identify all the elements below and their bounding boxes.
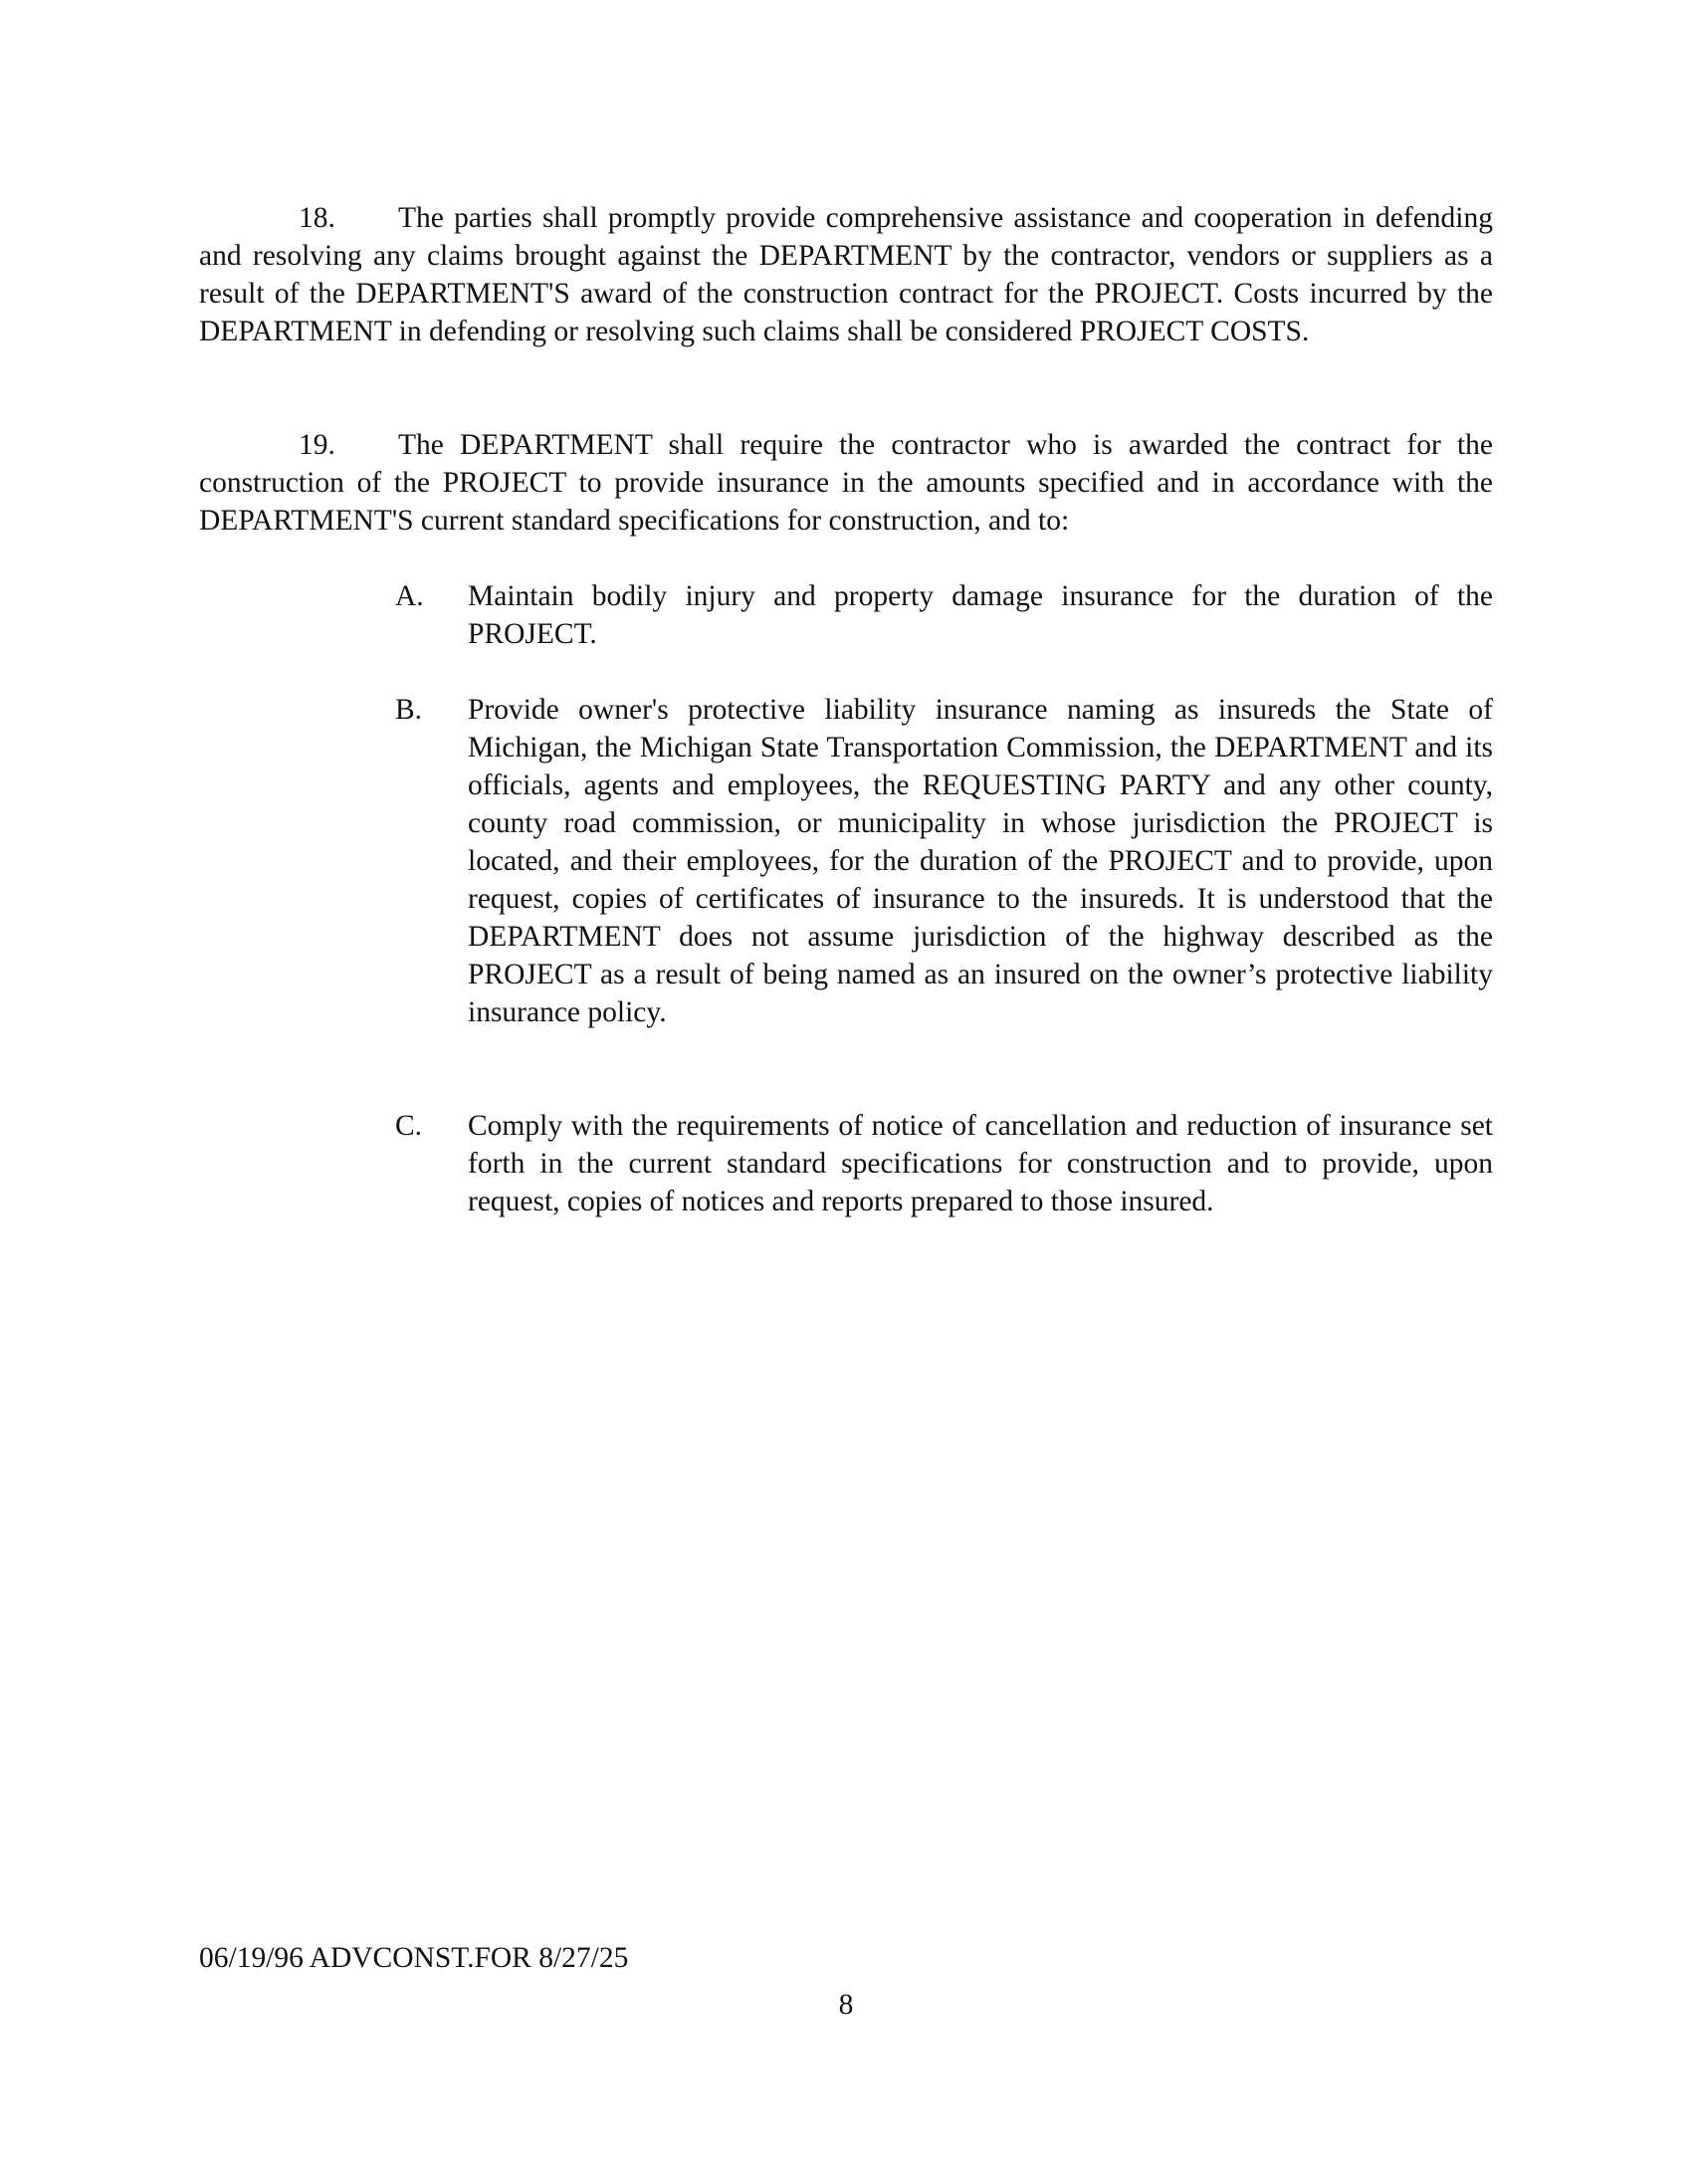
list-item-a: A. Maintain bodily injury and property d…	[395, 577, 1493, 653]
list-item-text: Provide owner's protective liability ins…	[468, 691, 1493, 1031]
page-number: 8	[0, 1986, 1692, 2024]
list-item-text: Comply with the requirements of notice o…	[468, 1107, 1493, 1220]
list-item-label: A.	[395, 577, 465, 615]
list-item-b: B. Provide owner's protective liability …	[395, 691, 1493, 1031]
list-item-c: C. Comply with the requirements of notic…	[395, 1107, 1493, 1220]
document-page: 18.The parties shall promptly provide co…	[0, 0, 1692, 2184]
paragraph-number: 18.	[299, 199, 398, 237]
paragraph-number: 19.	[299, 426, 398, 464]
list-item-text: Maintain bodily injury and property dama…	[468, 577, 1493, 653]
list-item-label: C.	[395, 1107, 465, 1145]
paragraph-19: 19.The DEPARTMENT shall require the cont…	[199, 426, 1493, 540]
list-item-label: B.	[395, 691, 465, 729]
footer-form-id: 06/19/96 ADVCONST.FOR 8/27/25	[199, 1939, 628, 1977]
paragraph-18: 18.The parties shall promptly provide co…	[199, 199, 1493, 350]
